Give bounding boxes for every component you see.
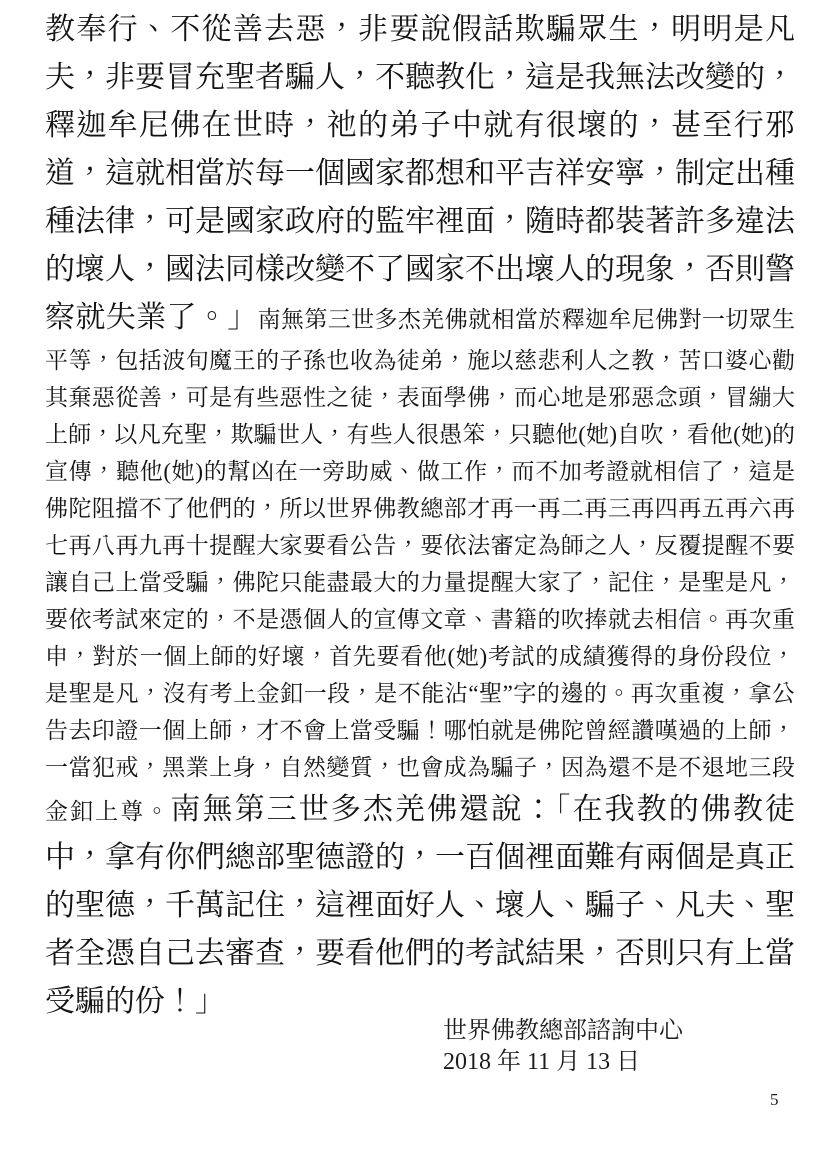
- second-quote-text: 南無第三世多杰羌佛還說：「在我教的佛教徒中，拿有你們總部聖德證的，一百個裡面難有…: [45, 793, 795, 1018]
- signature-date: 2018 年 11 月 13 日: [443, 1047, 683, 1078]
- page-number: 5: [770, 1090, 779, 1110]
- quote-continuation-text: 教奉行、不從善去惡，非要說假話欺騙眾生，明明是凡夫，非要冒充聖者騙人，不聽教化，…: [45, 13, 795, 334]
- signature-block: 世界佛教總部諮詢中心 2018 年 11 月 13 日: [443, 1016, 683, 1078]
- body-text: 教奉行、不從善去惡，非要說假話欺騙眾生，明明是凡夫，非要冒充聖者騙人，不聽教化，…: [45, 6, 795, 1026]
- signature-org: 世界佛教總部諮詢中心: [443, 1016, 683, 1047]
- commentary-text: 南無第三世多杰羌佛就相當於釋迦牟尼佛對一切眾生平等，包括波旬魔王的子孫也收為徒弟…: [45, 307, 795, 824]
- document-page: 教奉行、不從善去惡，非要說假話欺騙眾生，明明是凡夫，非要冒充聖者騙人，不聽教化，…: [0, 0, 840, 1170]
